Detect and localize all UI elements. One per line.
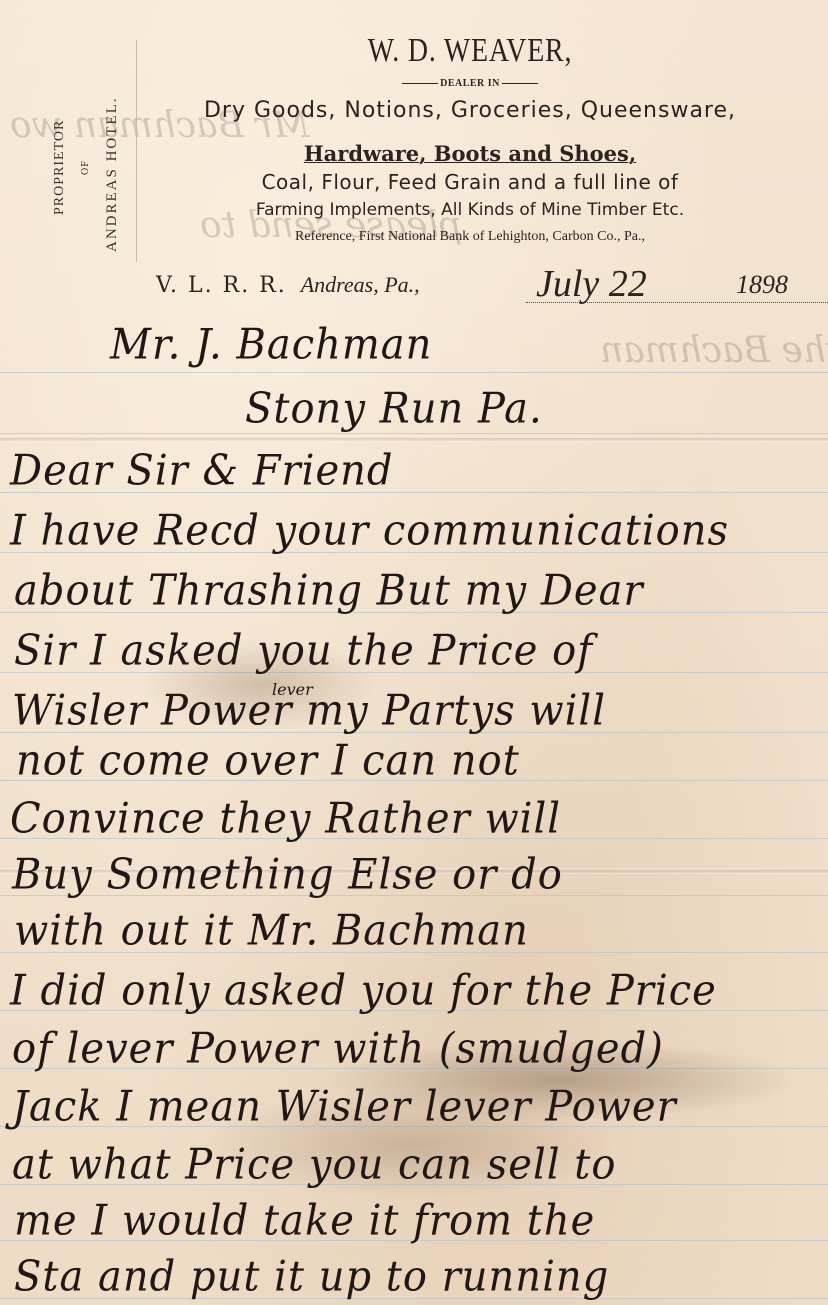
salutation: Dear Sir & Friend [10,447,393,495]
body-line: Sta and put it up to running [14,1253,609,1301]
body-line: Sir I asked you the Price of [14,627,593,675]
body-line: Convince they Rather will [10,795,561,843]
body-line: me I would take it from the [14,1197,595,1245]
year: 1898 [736,270,788,300]
sidebar-of: OF [80,160,91,175]
letterhead-name: W. D. WEAVER, [199,32,740,70]
body-line: with out it Mr. Bachman [14,907,529,955]
body-line: not come over I can not [16,737,520,785]
dateline: V. L. R. R. Andreas, Pa., July 22 1898 [156,272,806,312]
bleed-through-writing: the Bachman [600,330,828,371]
body-line: I have Recd your communications [10,507,729,555]
paper-fold [0,436,828,442]
sidebar-proprietor: PROPRIETOR [52,120,68,215]
ruled-line [0,372,828,373]
town-label: Andreas, Pa., [301,272,420,297]
address-line-1: Mr. J. Bachman [110,321,432,369]
body-line: about Thrashing But my Dear [14,567,644,615]
body-line: I did only asked you for the Price [10,967,717,1015]
rule-dash [402,83,438,84]
railroad-label: V. L. R. R. [156,273,287,298]
body-line: Jack I mean Wisler lever Power [12,1083,677,1131]
body-line: of lever Power with (smudged) [12,1025,664,1073]
body-line: Wisler Power my Partys will [12,687,606,735]
body-line: at what Price you can sell to [12,1141,616,1189]
letterhead-farming: Farming Implements, All Kinds of Mine Ti… [140,200,800,220]
body-line: Buy Something Else or do [12,851,563,899]
letterhead-reference: Reference, First National Bank of Lehigh… [140,229,800,245]
sidebar-hotel: ANDREAS HOTEL. [104,97,121,253]
letterhead-hardware: Hardware, Boots and Shoes, [140,141,800,166]
letterhead-dealer-in: DEALER IN [140,78,800,89]
letterhead-coal: Coal, Flour, Feed Grain and a full line … [140,170,800,194]
address-line-2: Stony Run Pa. [245,385,543,433]
dealer-in-text: DEALER IN [440,78,500,89]
rule-dash [502,83,538,84]
handwritten-date: July 22 [536,262,647,306]
letterhead-goods: Dry Goods, Notions, Groceries, Queenswar… [140,98,800,123]
